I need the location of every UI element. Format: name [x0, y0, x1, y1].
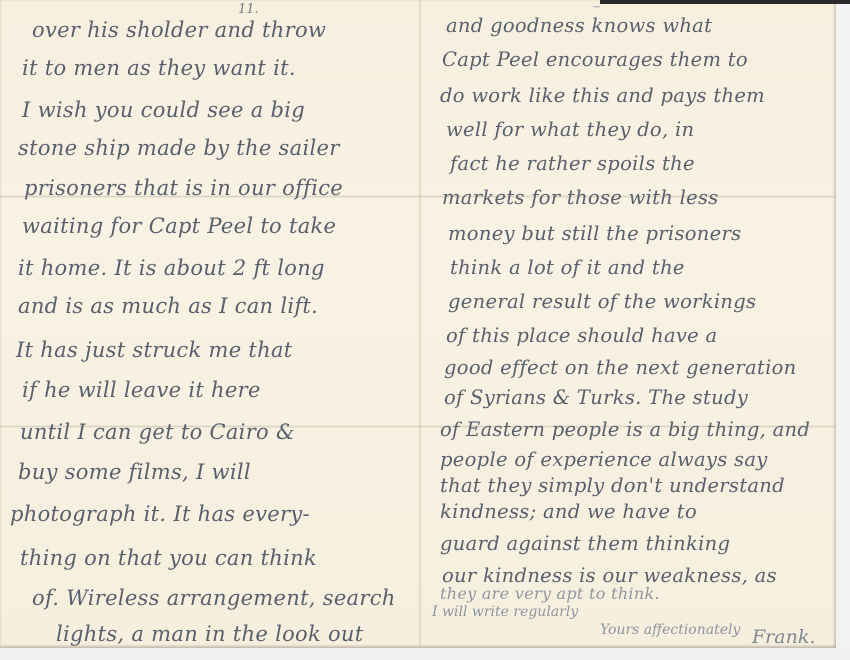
text-line: and is as much as I can lift. [18, 294, 318, 318]
text-line: of this place should have a [446, 324, 717, 347]
text-line: people of experience always say [440, 448, 768, 471]
text-line: it home. It is about 2 ft long [18, 256, 325, 280]
text-line: over his sholder and throw [32, 18, 326, 42]
text-line: if he will leave it here [22, 378, 261, 402]
text-line: Capt Peel encourages them to [442, 48, 748, 71]
text-line: that they simply don't understand [440, 474, 785, 497]
text-line: stone ship made by the sailer [18, 136, 340, 160]
text-line: I wish you could see a big [22, 98, 305, 122]
text-line: and goodness knows what [446, 14, 712, 37]
text-line: they are very apt to think. [440, 584, 660, 603]
text-line: it to men as they want it. [22, 56, 296, 80]
text-line: kindness; and we have to [440, 500, 697, 523]
signature: Frank. [752, 626, 815, 648]
letter-scan: 11. over his sholder and throw it to men… [0, 0, 850, 660]
valediction: Yours affectionately [600, 622, 740, 638]
text-line: of Eastern people is a big thing, and [440, 418, 810, 441]
text-line: prisoners that is in our office [24, 176, 343, 200]
text-line: buy some films, I will [18, 460, 251, 484]
scan-right-margin [836, 4, 850, 660]
scan-bottom-margin [0, 648, 850, 660]
text-line: photograph it. It has every- [10, 502, 310, 526]
text-line: do work like this and pays them [440, 84, 765, 107]
text-line: of. Wireless arrangement, search [32, 586, 396, 610]
text-line: waiting for Capt Peel to take [22, 214, 336, 238]
text-line: lights, a man in the look out [56, 622, 364, 646]
text-line: general result of the workings [448, 290, 756, 313]
text-line: markets for those with less [442, 186, 719, 209]
text-line: until I can get to Cairo & [20, 420, 295, 444]
text-line: money but still the prisoners [448, 222, 741, 245]
text-line: of Syrians & Turks. The study [444, 386, 748, 409]
text-line: well for what they do, in [446, 118, 694, 141]
right-page: ~ and goodness knows what Capt Peel enco… [430, 0, 835, 648]
text-line: good effect on the next generation [444, 356, 797, 379]
left-page: 11. over his sholder and throw it to men… [10, 0, 410, 648]
center-fold [418, 0, 422, 648]
closing-note: I will write regularly [432, 604, 578, 620]
text-line: fact he rather spoils the [450, 152, 695, 175]
text-line: guard against them thinking [440, 532, 730, 555]
ink-mark: ~ [592, 0, 601, 13]
text-line: think a lot of it and the [450, 256, 685, 279]
text-line: thing on that you can think [20, 546, 317, 570]
page-number: 11. [238, 2, 259, 17]
text-line: It has just struck me that [16, 338, 293, 362]
